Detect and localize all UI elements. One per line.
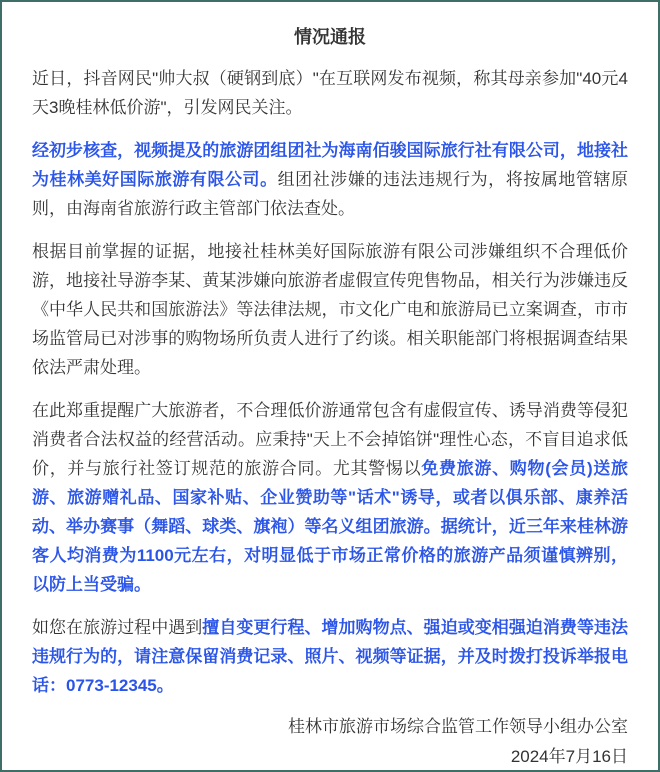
paragraph-complaint-hotline: 如您在旅游过程中遇到擅自变更行程、增加购物点、强迫或变相强迫消费等违法违规行为的… (32, 613, 628, 700)
paragraph-verification-result: 经初步核查，视频提及的旅游团组团社为海南佰骏国际旅行社有限公司，地接社为桂林美好… (32, 136, 628, 223)
text-run: 如您在旅游过程中遇到 (32, 618, 202, 637)
paragraph-intro: 近日，抖音网民"帅大叔（硬钢到底）"在互联网发布视频，称其母亲参加"40元4天3… (32, 64, 628, 122)
paragraph-tourist-reminder: 在此郑重提醒广大旅游者，不合理低价游通常包含有虚假宣传、诱导消费等侵犯消费者合法… (32, 396, 628, 599)
signature: 桂林市旅游市场综合监管工作领导小组办公室 (32, 712, 628, 742)
document-title: 情况通报 (32, 24, 628, 50)
highlighted-text-run: 免费旅游、购物(会员)送旅游、旅游赠礼品、国家补贴、企业赞助等"话术"诱导，或者… (32, 459, 628, 594)
notice-document: 情况通报 近日，抖音网民"帅大叔（硬钢到底）"在互联网发布视频，称其母亲参加"4… (0, 0, 660, 772)
document-date: 2024年7月16日 (32, 742, 628, 772)
text-run: 根据目前掌握的证据，地接社桂林美好国际旅游有限公司涉嫌组织不合理低价游，地接社导… (32, 242, 628, 377)
text-run: 近日，抖音网民"帅大叔（硬钢到底）"在互联网发布视频，称其母亲参加"40元4天3… (32, 69, 628, 117)
paragraph-evidence-investigation: 根据目前掌握的证据，地接社桂林美好国际旅游有限公司涉嫌组织不合理低价游，地接社导… (32, 237, 628, 382)
